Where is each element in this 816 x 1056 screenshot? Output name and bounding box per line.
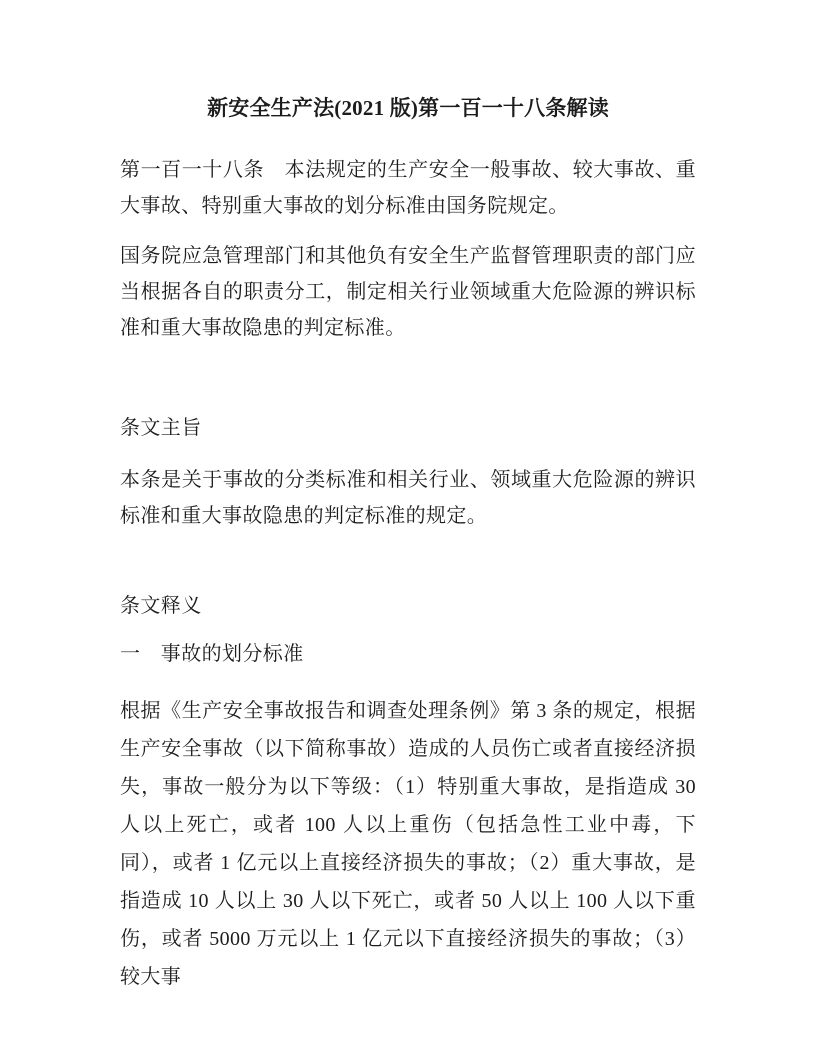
paragraph-article-text-2: 国务院应急管理部门和其他负有安全生产监督管理职责的部门应当根据各自的职责分工，制… bbox=[120, 238, 696, 346]
section-heading-purport: 条文主旨 bbox=[120, 410, 696, 446]
document-page: 新安全生产法(2021 版)第一百一十八条解读 第一百一十八条 本法规定的生产安… bbox=[0, 0, 816, 1056]
paragraph-article-text: 第一百一十八条 本法规定的生产安全一般事故、较大事故、重大事故、特别重大事故的划… bbox=[120, 152, 696, 224]
section-heading-interpretation: 条文释义 bbox=[120, 588, 696, 624]
sub-heading-accident-classification: 一 事故的划分标准 bbox=[120, 636, 696, 672]
paragraph-classification-text: 根据《生产安全事故报告和调查处理条例》第 3 条的规定，根据生产安全事故（以下简… bbox=[120, 692, 696, 996]
paragraph-purport-text: 本条是关于事故的分类标准和相关行业、领域重大危险源的辨识标准和重大事故隐患的判定… bbox=[120, 462, 696, 534]
document-title: 新安全生产法(2021 版)第一百一十八条解读 bbox=[120, 90, 696, 126]
